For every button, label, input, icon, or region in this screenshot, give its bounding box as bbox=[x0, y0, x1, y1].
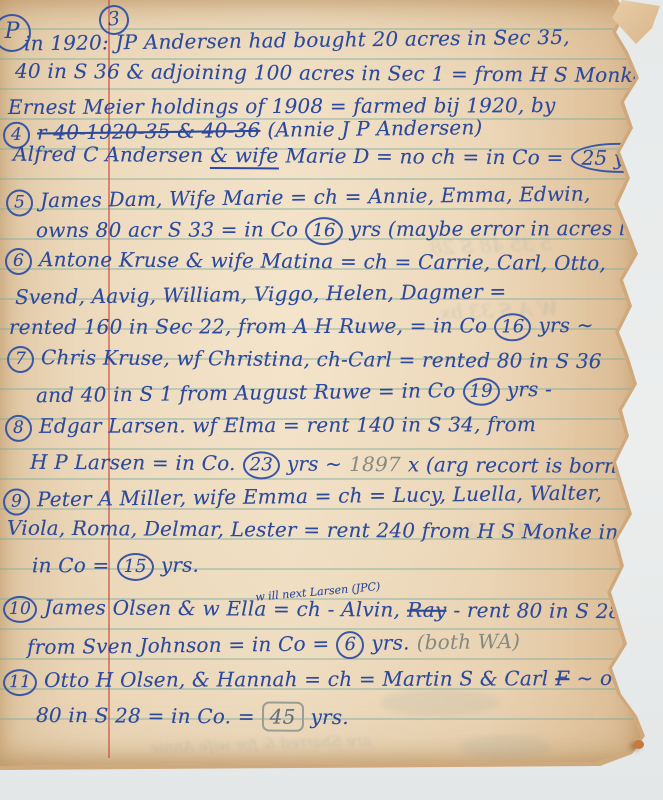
ink-text: yrs. bbox=[311, 705, 349, 729]
ink-text: and 40 in S 1 from August Ruwe = in Co bbox=[36, 378, 456, 407]
entry-number: 6 bbox=[5, 248, 32, 275]
ink-text: Antone Kruse & wife Matina = ch = Carrie… bbox=[39, 247, 606, 275]
entry-number: 8 bbox=[5, 415, 32, 442]
ink-text: owns 80 acr S 33 = in Co bbox=[36, 217, 298, 242]
entry-number: 11 bbox=[3, 669, 37, 696]
handwritten-line: 40 in S 36 & adjoining 100 acres in Sec … bbox=[15, 58, 663, 89]
ink-text: yrs - bbox=[507, 377, 553, 402]
pencil-text: (both WA) bbox=[416, 629, 520, 654]
ink-text: Viola, Roma, Delmar, Lester = rent 240 f… bbox=[7, 516, 663, 545]
circled-value: 6 bbox=[336, 631, 364, 659]
handwritten-line: 6Antone Kruse & wife Matina = ch = Carri… bbox=[5, 246, 613, 279]
circled-value: 15 bbox=[116, 553, 153, 581]
ink-text: James Dam, Wife Marie = ch = Annie, Emma… bbox=[40, 181, 591, 212]
ink-text: (Annie J P Andersen) bbox=[267, 115, 482, 142]
pencil-text: 1897 bbox=[349, 452, 401, 476]
ink-text: Chris Kruse, wf Christina, ch-Carl = ren… bbox=[41, 345, 602, 373]
ink-text: Edgar Larsen. wf Elma = rent 140 in S 34… bbox=[39, 412, 536, 438]
entry-number: 9 bbox=[3, 488, 30, 515]
handwritten-line: 10James Olsen & w Ella = ch - Alvin,Ray-… bbox=[3, 594, 629, 627]
circled-value: 19 bbox=[462, 378, 500, 406]
ink-text: Svend, Aavig, William, Viggo, Helen, Dag… bbox=[15, 279, 507, 309]
ink-text: James Olsen & w Ella = ch - Alvin, bbox=[44, 595, 400, 621]
handwritten-line: rented 160 in Sec 22, from A H Ruwe, = i… bbox=[9, 312, 601, 343]
ink-text: Alfred C Andersen bbox=[13, 142, 204, 167]
handwritten-line: owns 80 acr S 33 = in Co16yrs (maybe err… bbox=[36, 215, 663, 246]
ink-text: rented 160 in Sec 22, from A H Ruwe, = i… bbox=[9, 313, 487, 339]
entry-number: 5 bbox=[6, 189, 33, 216]
handwritten-line: 80 in S 28 = in Co. =45yrs. bbox=[36, 700, 356, 732]
paper-sheet: 5 35 48 S 28 W A S 33 bx 84 S 12 = are S… bbox=[0, 0, 648, 766]
scanned-document: 5 35 48 S 28 W A S 33 bx 84 S 12 = are S… bbox=[0, 0, 663, 800]
handwritten-line: Alfred C Andersen& wifeMarie D = no ch =… bbox=[13, 139, 663, 174]
ink-text: Marie D = no ch = in Co = bbox=[285, 144, 563, 170]
ink-text: 80 in S 28 = in Co. = bbox=[36, 703, 255, 729]
ink-text: Peter A Miller, wife Emma = ch = Lucy, L… bbox=[37, 480, 602, 511]
ink-text: from Sven Johnson = in Co = bbox=[27, 631, 330, 659]
ink-text: yrs (maybe error in acres line) bbox=[350, 216, 663, 241]
ink-text: Otto H Olsen, & Hannah = ch = Martin S &… bbox=[44, 666, 548, 692]
entry-number: 7 bbox=[7, 346, 34, 373]
ink-text: yrs ~ bbox=[287, 452, 342, 476]
ink-text: - rent 80 in S 28 bbox=[453, 598, 621, 623]
handwritten-line: H P Larsen = in Co.23yrs ~1897x (arg rec… bbox=[30, 444, 663, 483]
circled-value: 23 bbox=[243, 451, 281, 479]
ink-text: H P Larsen = in Co. bbox=[30, 450, 236, 475]
handwritten-line: from Sven Johnson = in Co =6yrs.(both WA… bbox=[27, 628, 528, 663]
handwritten-line: 8Edgar Larsen. wf Elma = rent 140 in S 3… bbox=[5, 411, 543, 442]
ink-text: yrs ~ bbox=[538, 313, 593, 337]
smudge bbox=[460, 735, 550, 759]
paper-curl-spot bbox=[634, 740, 644, 749]
struck-text: F bbox=[555, 666, 569, 690]
ink-text: in Co = bbox=[32, 553, 110, 577]
circled-value: 25 years. bbox=[570, 143, 663, 174]
struck-text: Ray bbox=[407, 598, 447, 622]
ink-text: yrs. bbox=[371, 630, 410, 654]
circled-value: 16 bbox=[494, 313, 531, 341]
underlined-text: & wife bbox=[210, 143, 278, 169]
entry-number: 10 bbox=[3, 596, 37, 623]
superscript-date: 8/15/36 bbox=[624, 453, 663, 468]
handwritten-line: in Co =15yrs. bbox=[32, 552, 206, 582]
handwritten-line: 7Chris Kruse, wf Christina, ch-Carl = re… bbox=[7, 344, 609, 377]
boxed-value: 45 bbox=[262, 701, 304, 731]
handwritten-line: 11Otto H Olsen, & Hannah = ch = Martin S… bbox=[3, 665, 650, 696]
ink-text: 40 in S 36 & adjoining 100 acres in Sec … bbox=[15, 59, 663, 88]
circled-value: 16 bbox=[305, 217, 342, 245]
ink-text: yrs. bbox=[161, 553, 199, 577]
handwritten-line: Viola, Roma, Delmar, Lester = rent 240 f… bbox=[7, 515, 663, 546]
ink-text: x (arg recort is born bbox=[408, 452, 617, 477]
